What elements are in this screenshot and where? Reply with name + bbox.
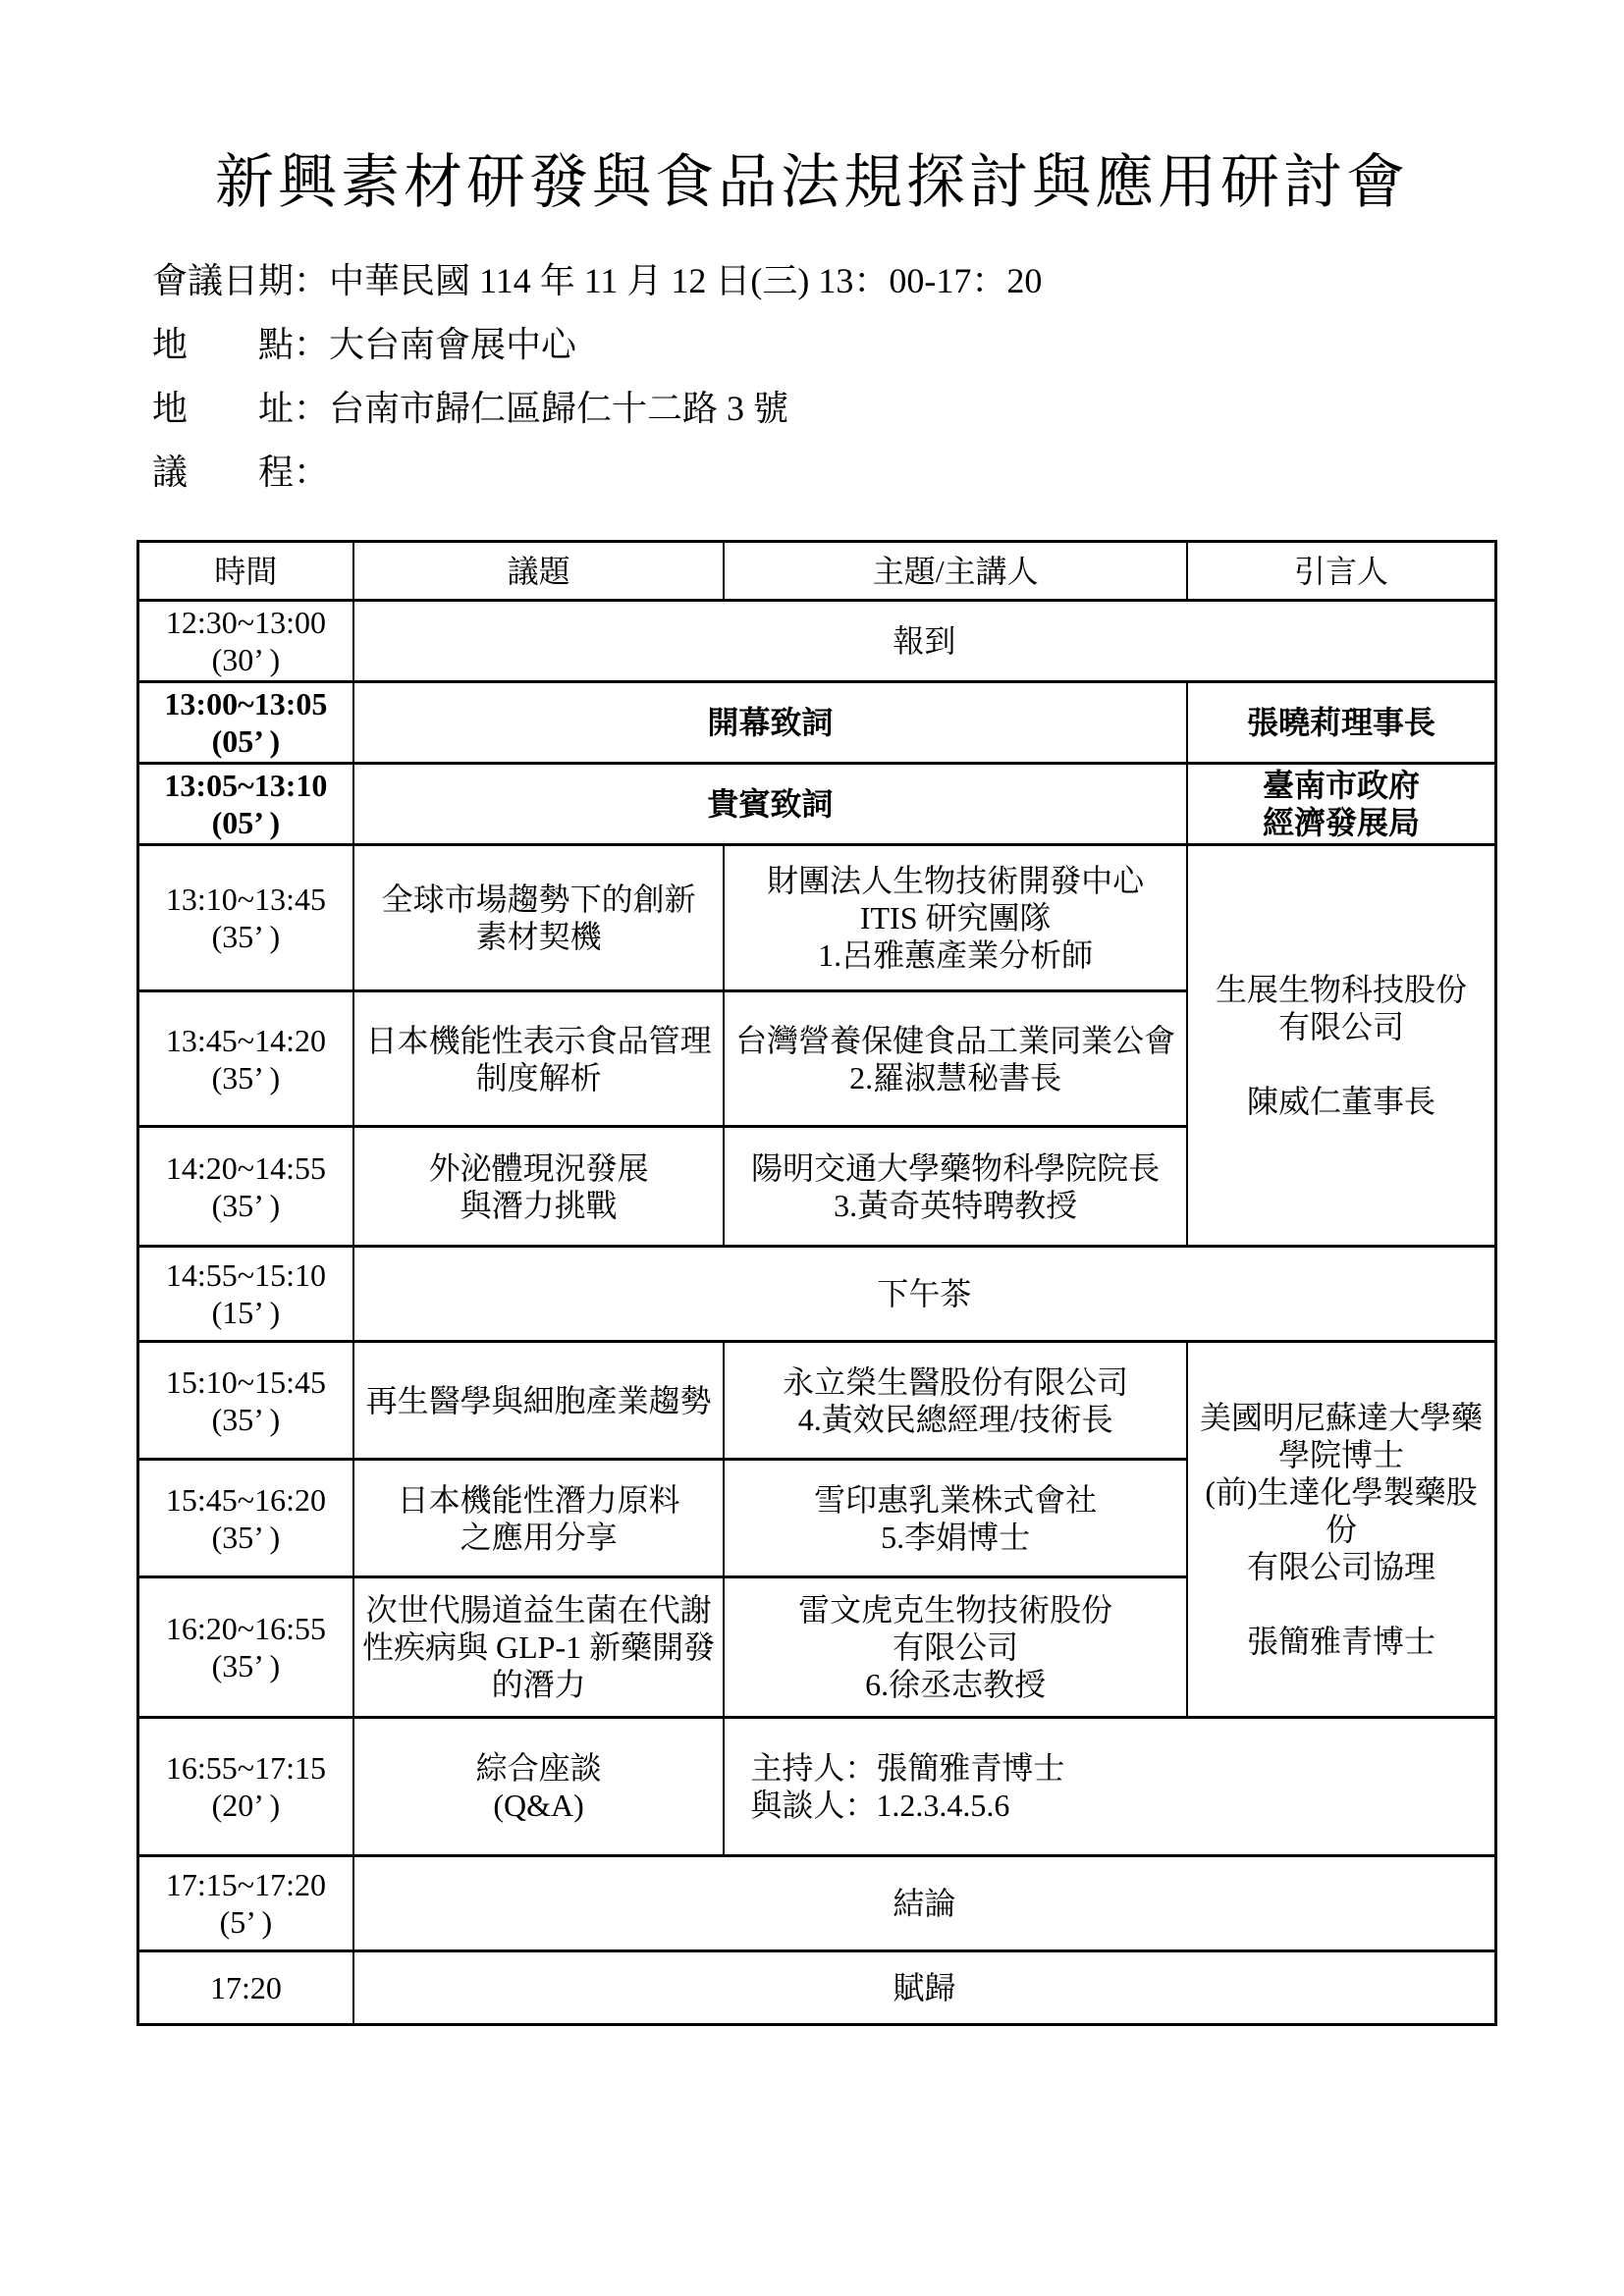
cell-line: 13:05~13:10 (143, 767, 349, 804)
table-cell: 再生醫學與細胞產業趨勢 (353, 1342, 725, 1460)
table-row: 15:10~15:45(35’ )再生醫學與細胞產業趨勢永立榮生醫股份有限公司4… (138, 1342, 1496, 1460)
cell-line: 全球市場趨勢下的創新 (358, 881, 720, 918)
info-colon: ： (294, 325, 329, 364)
cell-line: 賦歸 (358, 1969, 1490, 2006)
info-value: 中華民國 114 年 11 月 12 日(三) 13：00-17：20 (329, 261, 1042, 300)
cell-line: 日本機能性表示食品管理 (358, 1022, 720, 1059)
cell-line: 有限公司協理 (1192, 1548, 1490, 1585)
cell-line: 2.羅淑慧秘書長 (729, 1059, 1182, 1096)
table-cell: 16:55~17:15(20’ ) (138, 1718, 353, 1856)
table-cell: 13:00~13:05(05’ ) (138, 682, 353, 764)
cell-line: 之應用分享 (358, 1519, 720, 1556)
cell-line: 17:15~17:20 (143, 1866, 349, 1903)
header-cell: 引言人 (1187, 542, 1495, 601)
table-cell: 次世代腸道益生菌在代謝性疾病與 GLP-1 新藥開發的潛力 (353, 1577, 725, 1718)
table-cell: 綜合座談(Q&A) (353, 1718, 725, 1856)
table-cell: 雷文虎克生物技術股份有限公司6.徐丞志教授 (724, 1577, 1187, 1718)
table-cell: 賦歸 (353, 1951, 1496, 2025)
cell-line: 6.徐丞志教授 (729, 1666, 1182, 1703)
info-colon: ： (294, 453, 329, 492)
header-cell: 時間 (138, 542, 353, 601)
cell-line: (05’ ) (143, 722, 349, 760)
cell-line: (35’ ) (143, 1519, 349, 1556)
table-row: 13:05~13:10(05’ )貴賓致詞臺南市政府經濟發展局 (138, 764, 1496, 845)
cell-line: 經濟發展局 (1192, 804, 1490, 841)
cell-line: 1.呂雅蕙產業分析師 (729, 936, 1182, 974)
cell-line (1192, 1045, 1490, 1083)
cell-line: 雷文虎克生物技術股份 (729, 1591, 1182, 1629)
table-cell: 13:10~13:45(35’ ) (138, 845, 353, 991)
cell-line: 3.黃奇英特聘教授 (729, 1187, 1182, 1224)
cell-line: 主持人：張簡雅青博士 (750, 1749, 1490, 1787)
cell-line: 16:20~16:55 (143, 1610, 349, 1647)
cell-line: (35’ ) (143, 1059, 349, 1096)
table-cell: 13:45~14:20(35’ ) (138, 991, 353, 1127)
header-cell: 主題/主講人 (724, 542, 1187, 601)
cell-line: (35’ ) (143, 1401, 349, 1438)
cell-line: 陽明交通大學藥物科學院院長 (729, 1149, 1182, 1187)
cell-line: 永立榮生醫股份有限公司 (729, 1363, 1182, 1401)
cell-line: 學院博士 (1192, 1436, 1490, 1473)
table-row: 14:55~15:10(15’ )下午茶 (138, 1247, 1496, 1342)
cell-line: 日本機能性潛力原料 (358, 1481, 720, 1519)
cell-line: 制度解析 (358, 1059, 720, 1096)
cell-line: 貴賓致詞 (358, 785, 1182, 823)
cell-line: 生展生物科技股份 (1192, 971, 1490, 1008)
info-colon: ： (294, 389, 329, 428)
page-title: 新興素材研發與食品法規探討與應用研討會 (0, 0, 1624, 220)
cell-line: 12:30~13:00 (143, 604, 349, 641)
cell-line: (15’ ) (143, 1294, 349, 1331)
agenda-table: 時間議題主題/主講人引言人12:30~13:00(30’ )報到13:00~13… (136, 540, 1497, 2026)
table-cell: 17:15~17:20(5’ ) (138, 1856, 353, 1951)
table-cell: 14:20~14:55(35’ ) (138, 1127, 353, 1247)
cell-line: 13:10~13:45 (143, 881, 349, 918)
cell-line: (35’ ) (143, 1647, 349, 1684)
cell-line: 15:10~15:45 (143, 1363, 349, 1401)
cell-line: 有限公司 (729, 1629, 1182, 1666)
cell-line: 張曉莉理事長 (1192, 704, 1490, 741)
cell-line: (20’ ) (143, 1787, 349, 1824)
table-row: 13:10~13:45(35’ )全球市場趨勢下的創新素材契機財團法人生物技術開… (138, 845, 1496, 991)
cell-line: 雪印惠乳業株式會社 (729, 1481, 1182, 1519)
cell-line (1192, 1585, 1490, 1623)
table-cell: 生展生物科技股份有限公司 陳威仁董事長 (1187, 845, 1495, 1247)
table-cell: 台灣營養保健食品工業同業公會2.羅淑慧秘書長 (724, 991, 1187, 1127)
cell-line: 5.李娟博士 (729, 1519, 1182, 1556)
cell-line: 報到 (358, 622, 1490, 660)
cell-line: 素材契機 (358, 918, 720, 955)
cell-line: 性疾病與 GLP-1 新藥開發 (358, 1629, 720, 1666)
cell-line: 開幕致詞 (358, 704, 1182, 741)
cell-line: (5’ ) (143, 1903, 349, 1941)
cell-line: (05’ ) (143, 804, 349, 841)
cell-line: 結論 (358, 1885, 1490, 1922)
info-line-location: 地 點：大台南會展中心 (152, 313, 1624, 377)
cell-line: 17:20 (143, 1969, 349, 2006)
table-cell: 主持人：張簡雅青博士與談人：1.2.3.4.5.6 (724, 1718, 1495, 1856)
table-cell: 雪印惠乳業株式會社5.李娟博士 (724, 1460, 1187, 1577)
cell-line: (35’ ) (143, 1187, 349, 1224)
table-cell: 15:45~16:20(35’ ) (138, 1460, 353, 1577)
table-cell: 開幕致詞 (353, 682, 1187, 764)
cell-line: 13:00~13:05 (143, 685, 349, 722)
table-cell: 15:10~15:45(35’ ) (138, 1342, 353, 1460)
table-cell: 臺南市政府經濟發展局 (1187, 764, 1495, 845)
table-row: 12:30~13:00(30’ )報到 (138, 601, 1496, 682)
cell-line: (Q&A) (358, 1787, 720, 1824)
cell-line: 張簡雅青博士 (1192, 1623, 1490, 1660)
info-value: 台南市歸仁區歸仁十二路 3 號 (329, 389, 788, 428)
table-row: 17:15~17:20(5’ )結論 (138, 1856, 1496, 1951)
cell-line: 13:45~14:20 (143, 1022, 349, 1059)
cell-line: 4.黃效民總經理/技術長 (729, 1401, 1182, 1438)
table-cell: 16:20~16:55(35’ ) (138, 1577, 353, 1718)
table-cell: 12:30~13:00(30’ ) (138, 601, 353, 682)
info-label: 會議日期 (152, 261, 294, 300)
cell-line: 財團法人生物技術開發中心 (729, 862, 1182, 899)
info-value: 大台南會展中心 (329, 325, 576, 364)
cell-line: 次世代腸道益生菌在代謝 (358, 1591, 720, 1629)
info-line-date: 會議日期：中華民國 114 年 11 月 12 日(三) 13：00-17：20 (152, 249, 1624, 313)
table-cell: 外泌體現況發展與潛力挑戰 (353, 1127, 725, 1247)
cell-line: 陳威仁董事長 (1192, 1083, 1490, 1120)
cell-line: 14:55~15:10 (143, 1256, 349, 1294)
cell-line: 下午茶 (358, 1275, 1490, 1312)
cell-line: (30’ ) (143, 641, 349, 678)
table-cell: 下午茶 (353, 1247, 1496, 1342)
cell-line: 16:55~17:15 (143, 1749, 349, 1787)
table-cell: 永立榮生醫股份有限公司4.黃效民總經理/技術長 (724, 1342, 1187, 1460)
agenda-table-wrapper: 時間議題主題/主講人引言人12:30~13:00(30’ )報到13:00~13… (136, 540, 1624, 2026)
cell-line: ITIS 研究團隊 (729, 899, 1182, 936)
table-cell: 美國明尼蘇達大學藥學院博士(前)生達化學製藥股份有限公司協理 張簡雅青博士 (1187, 1342, 1495, 1718)
cell-line: (35’ ) (143, 918, 349, 955)
meeting-info: 會議日期：中華民國 114 年 11 月 12 日(三) 13：00-17：20… (152, 249, 1624, 505)
cell-line: 14:20~14:55 (143, 1149, 349, 1187)
info-label: 議 程 (152, 453, 294, 492)
cell-line: 15:45~16:20 (143, 1481, 349, 1519)
table-cell: 全球市場趨勢下的創新素材契機 (353, 845, 725, 991)
table-cell: 日本機能性表示食品管理制度解析 (353, 991, 725, 1127)
table-cell: 報到 (353, 601, 1496, 682)
table-cell: 日本機能性潛力原料之應用分享 (353, 1460, 725, 1577)
cell-line: 有限公司 (1192, 1008, 1490, 1045)
cell-line: (前)生達化學製藥股份 (1192, 1473, 1490, 1548)
cell-line: 的潛力 (358, 1666, 720, 1703)
info-colon: ： (294, 261, 329, 300)
info-label: 地 址 (152, 389, 294, 428)
cell-line: 與談人：1.2.3.4.5.6 (750, 1787, 1490, 1824)
table-cell: 陽明交通大學藥物科學院院長3.黃奇英特聘教授 (724, 1127, 1187, 1247)
header-cell: 議題 (353, 542, 725, 601)
table-cell: 13:05~13:10(05’ ) (138, 764, 353, 845)
table-row: 13:00~13:05(05’ )開幕致詞張曉莉理事長 (138, 682, 1496, 764)
info-line-agenda: 議 程： (152, 441, 1624, 505)
cell-line: 台灣營養保健食品工業同業公會 (729, 1022, 1182, 1059)
table-cell: 結論 (353, 1856, 1496, 1951)
cell-line: 與潛力挑戰 (358, 1187, 720, 1224)
table-row: 16:55~17:15(20’ )綜合座談(Q&A)主持人：張簡雅青博士與談人：… (138, 1718, 1496, 1856)
cell-line: 再生醫學與細胞產業趨勢 (358, 1382, 720, 1419)
table-cell: 張曉莉理事長 (1187, 682, 1495, 764)
table-cell: 財團法人生物技術開發中心ITIS 研究團隊1.呂雅蕙產業分析師 (724, 845, 1187, 991)
cell-line: 綜合座談 (358, 1749, 720, 1787)
cell-line: 外泌體現況發展 (358, 1149, 720, 1187)
document-page: 新興素材研發與食品法規探討與應用研討會 會議日期：中華民國 114 年 11 月… (0, 0, 1624, 2296)
table-row: 17:20賦歸 (138, 1951, 1496, 2025)
table-cell: 14:55~15:10(15’ ) (138, 1247, 353, 1342)
info-line-address: 地 址：台南市歸仁區歸仁十二路 3 號 (152, 377, 1624, 441)
table-cell: 17:20 (138, 1951, 353, 2025)
table-cell: 貴賓致詞 (353, 764, 1187, 845)
info-label: 地 點 (152, 325, 294, 364)
header-row: 時間議題主題/主講人引言人 (138, 542, 1496, 601)
cell-line: 臺南市政府 (1192, 767, 1490, 804)
cell-line: 美國明尼蘇達大學藥 (1192, 1399, 1490, 1436)
